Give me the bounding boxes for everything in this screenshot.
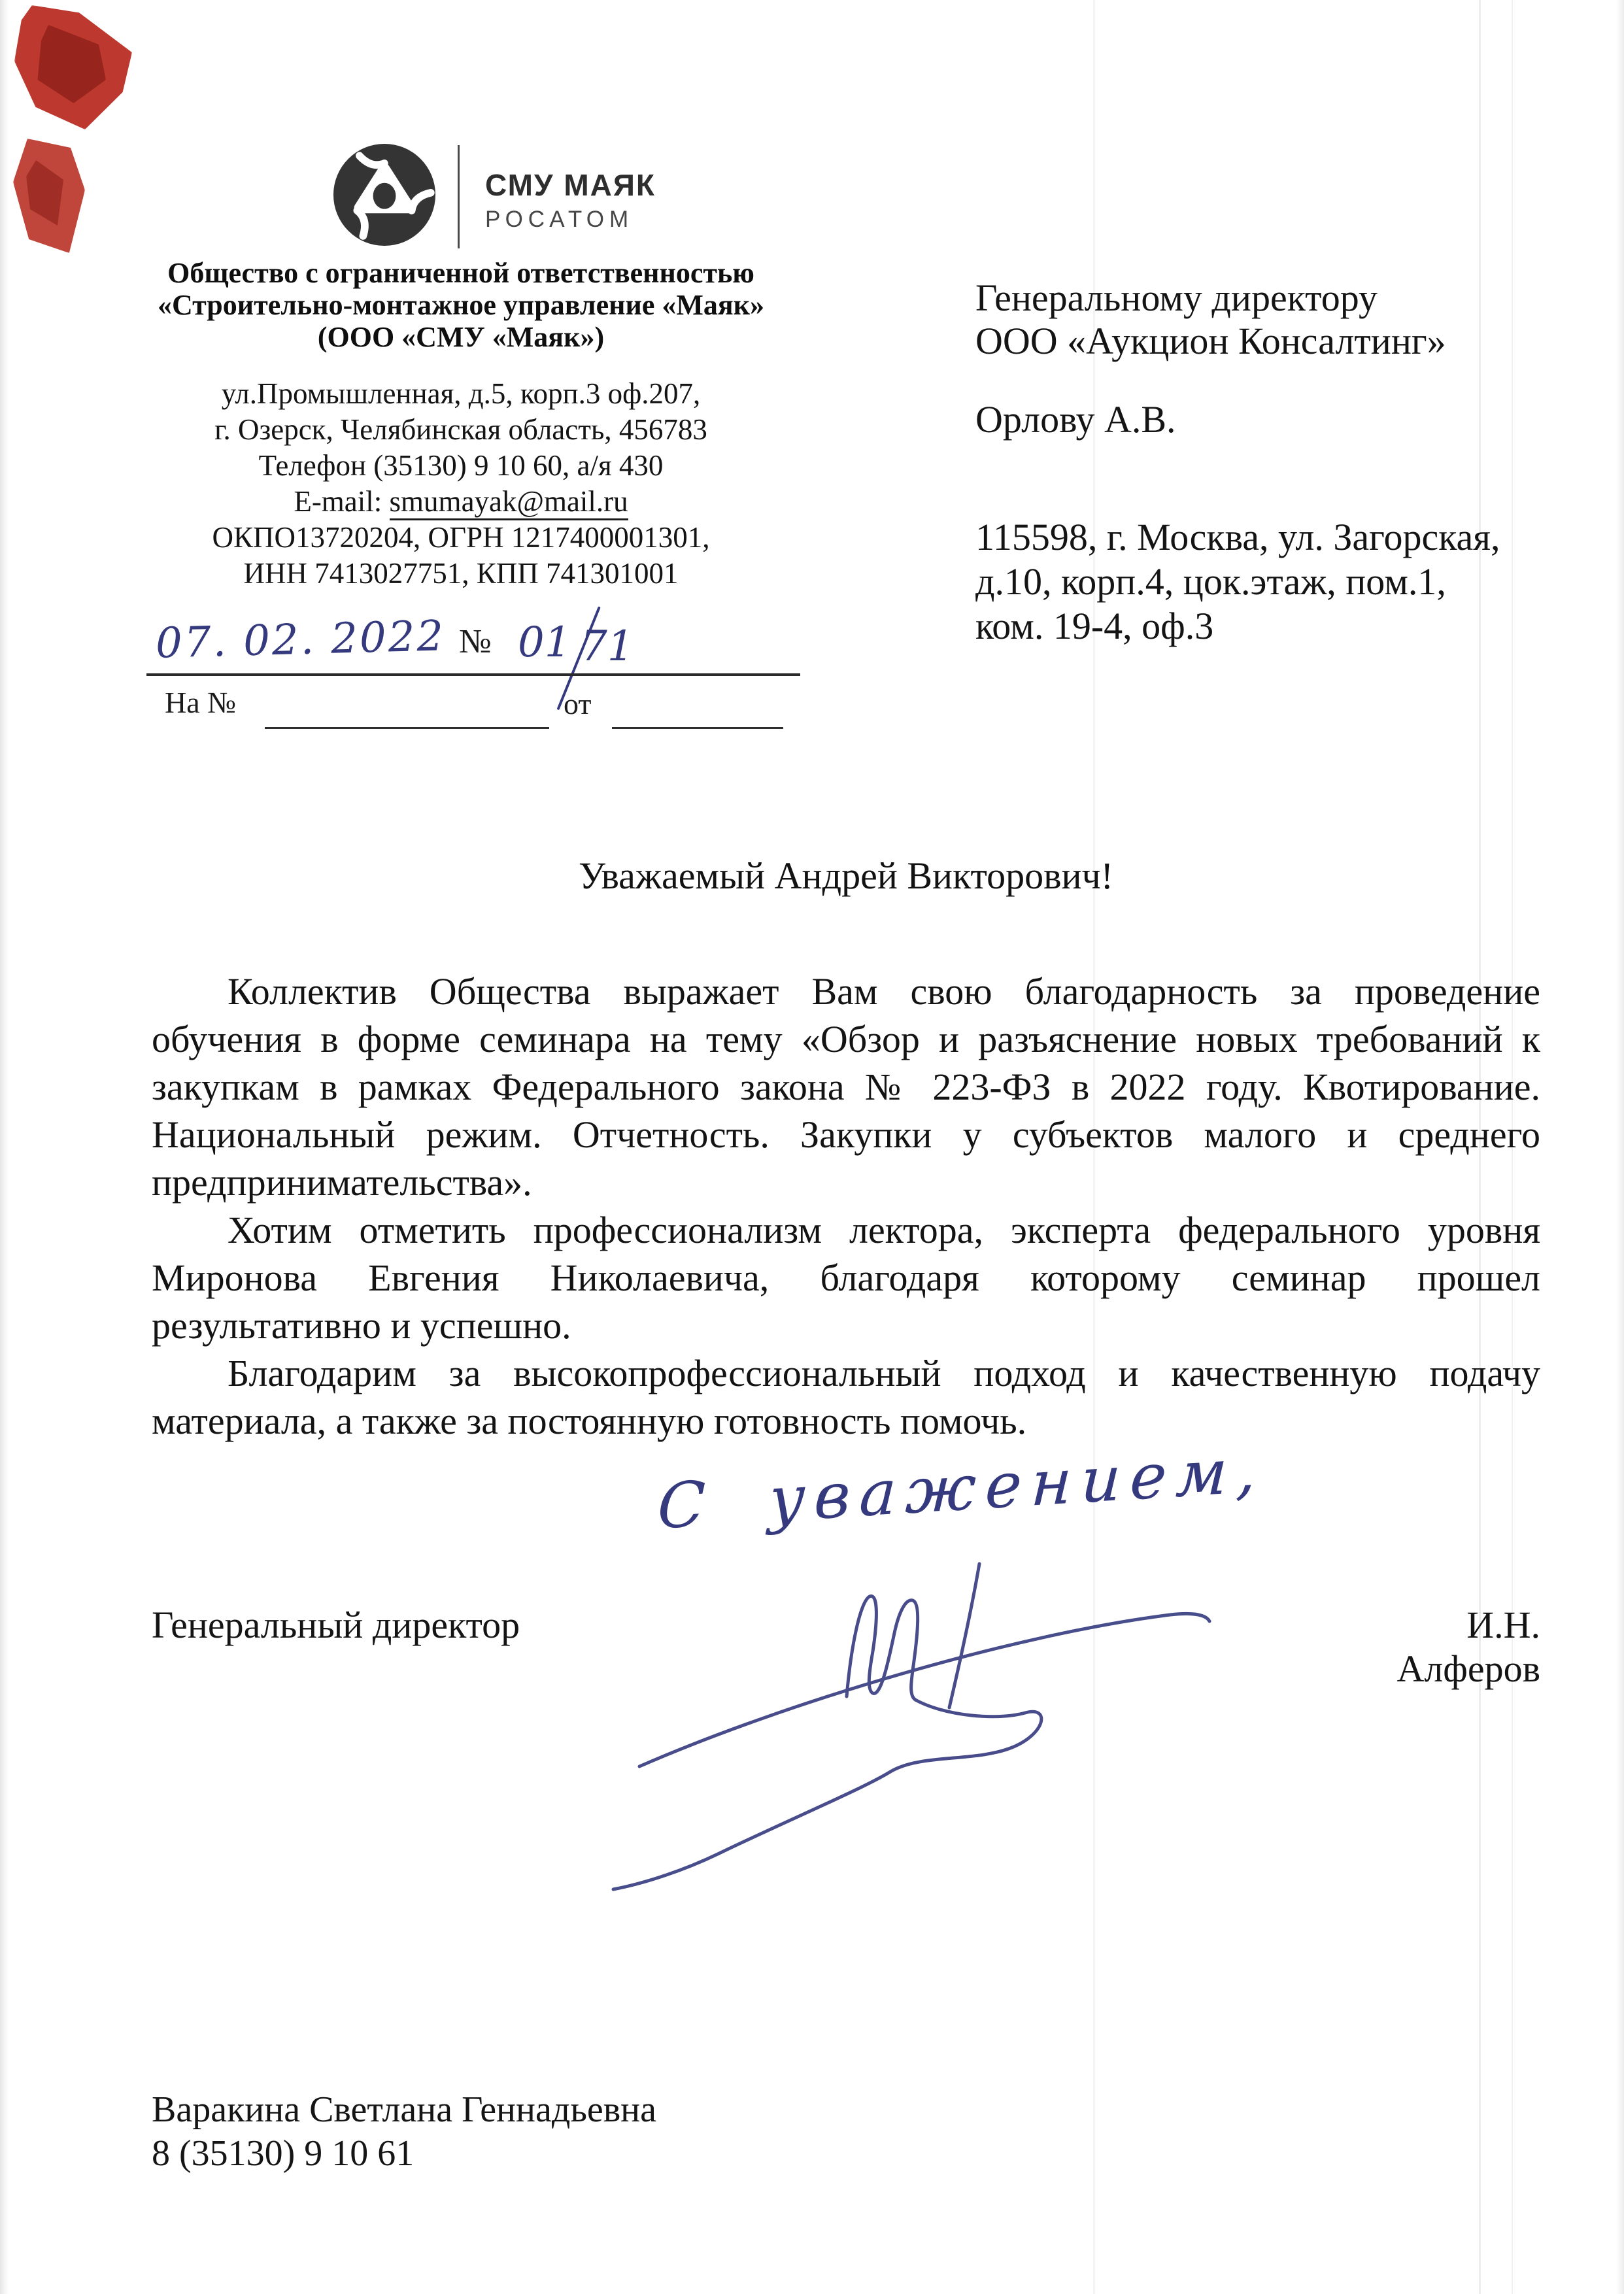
na-no-label: На № xyxy=(165,685,236,720)
rosatom-logo-icon xyxy=(330,141,439,249)
logo-brand-name: СМУ МАЯК xyxy=(485,167,656,203)
salutation: Уважаемый Андрей Викторович! xyxy=(152,854,1540,898)
company-phone-line: Телефон (35130) 9 10 60, а/я 430 xyxy=(92,448,830,482)
body-line: Коллектив Общества выражает Вам свою бла… xyxy=(152,970,1540,1013)
email-label: E-mail: xyxy=(294,485,389,518)
body-line: обучения в форме семинара на тему «Обзор… xyxy=(152,1017,1540,1061)
blank-underline xyxy=(265,727,549,729)
company-reg-line: ИНН 7413027751, КПП 741301001 xyxy=(92,556,830,590)
body-line: Благодарим за высокопрофессиональный под… xyxy=(152,1351,1540,1395)
logo-brand-parent: РОСАТОМ xyxy=(485,207,634,233)
recipient-address-line: ком. 19-4, оф.3 xyxy=(975,604,1564,648)
company-name-line: «Строительно-монтажное управление «Маяк» xyxy=(92,288,830,322)
body-line: Хотим отметить профессионализм лектора, … xyxy=(152,1208,1540,1252)
body-line: предпринимательства». xyxy=(152,1160,1540,1204)
signer-position-label: Генеральный директор xyxy=(152,1603,520,1647)
body-line: Миронова Евгения Николаевича, благодаря … xyxy=(152,1256,1540,1300)
company-reg-line: ОКПО13720204, ОГРН 1217400001301, xyxy=(92,520,830,554)
body-line: Национальный режим. Отчетность. Закупки … xyxy=(152,1113,1540,1156)
scanned-letter-page: { "colors": { "ink_blue": "#35397e", "lo… xyxy=(0,0,1624,2294)
blank-underline xyxy=(612,727,783,729)
ot-label: от xyxy=(564,686,592,721)
body-line: материала, а также за постоянную готовно… xyxy=(152,1399,1540,1443)
handwritten-date: 07. 02. 2022 xyxy=(155,612,446,668)
recipient-address-line: 115598, г. Москва, ул. Загорская, xyxy=(975,515,1564,559)
contact-person-name: Варакина Светлана Геннадьевна xyxy=(152,2089,656,2131)
contact-phone: 8 (35130) 9 10 61 xyxy=(152,2133,414,2174)
scan-edge-right xyxy=(1616,0,1624,2294)
company-address-line: г. Озерск, Челябинская область, 456783 xyxy=(92,413,830,447)
scan-edge-left xyxy=(0,0,9,2294)
body-line: закупкам в рамках Федерального закона № … xyxy=(152,1065,1540,1109)
company-email-line: E-mail: smumayak@mail.ru xyxy=(92,484,830,518)
company-address-line: ул.Промышленная, д.5, корп.3 оф.207, xyxy=(92,377,830,411)
email-address: smumayak@mail.ru xyxy=(390,485,628,520)
signer-name: И.Н. Алферов xyxy=(1327,1603,1540,1691)
company-name-line: (ООО «СМУ «Маяк») xyxy=(92,320,830,354)
recipient-person: Орлову А.В. xyxy=(975,397,1564,441)
number-sign: № xyxy=(459,622,492,661)
recipient-company: ООО «Аукцион Консалтинг» xyxy=(975,319,1564,363)
reference-rule-line xyxy=(146,673,800,676)
company-name-line: Общество с ограниченной ответственностью xyxy=(92,256,830,290)
logo-divider-line xyxy=(458,145,460,248)
recipient-address-line: д.10, корп.4, цок.этаж, пом.1, xyxy=(975,560,1564,603)
body-line: результативно и успешно. xyxy=(152,1304,1540,1347)
handwritten-number: 01 xyxy=(518,618,571,667)
recipient-title: Генеральному директору xyxy=(975,276,1564,320)
signature-scribble xyxy=(556,1523,1308,1942)
